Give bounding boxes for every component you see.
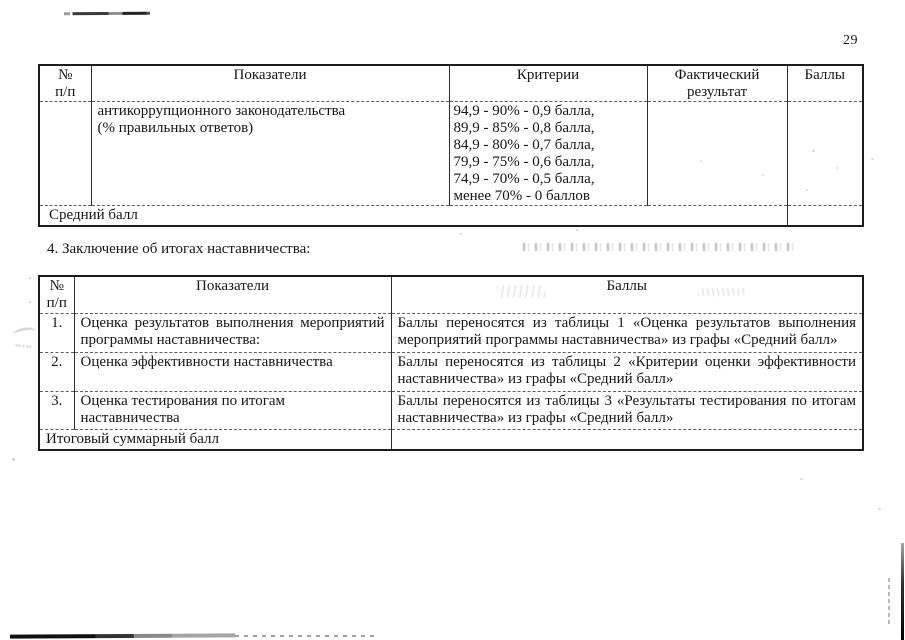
scan-speckle (871, 158, 874, 160)
table1-cell-score (787, 102, 863, 206)
scan-artifact-margin-mark (12, 326, 37, 341)
table2-footer-row: Итоговый суммарный балл (39, 429, 863, 450)
table1-footer-row: Средний балл (39, 206, 863, 226)
table1-header-score: Баллы (787, 65, 863, 102)
scan-artifact-top-line (64, 12, 150, 16)
total-score-value-cell (391, 429, 863, 450)
row1-score-note: Баллы переносятся из таблицы 1 «Оценка р… (391, 313, 863, 352)
scan-artifact-right-bar (901, 543, 904, 640)
scan-speckle (29, 277, 31, 279)
row3-score-note: Баллы переносятся из таблицы 3 «Результа… (391, 391, 863, 429)
average-score-value-cell (787, 206, 863, 226)
table2-header-num: № п/п (39, 276, 74, 313)
row2-num: 2. (39, 352, 74, 391)
section-heading: 4. Заключение об итогах наставничества: (47, 241, 310, 258)
table2-row-3: 3. Оценка тестирования по итогам наставн… (39, 391, 863, 429)
total-score-label: Итоговый суммарный балл (39, 429, 391, 450)
scan-speckle (800, 478, 803, 480)
table1-header-indicator: Показатели (91, 65, 449, 102)
scan-speckle (878, 508, 881, 510)
table1-body-row: антикоррупционного законодательства (% п… (39, 102, 863, 206)
table1-header-fact: Фактический результат (647, 65, 787, 102)
scan-artifact-right-dashes (888, 578, 890, 624)
row3-indicator: Оценка тестирования по итогам наставниче… (74, 391, 391, 429)
scan-artifact-bottom-dashes (235, 635, 375, 637)
scan-speckle (460, 233, 462, 235)
page-number: 29 (843, 33, 858, 49)
row2-score-note: Баллы переносятся из таблицы 2 «Критерии… (391, 352, 863, 391)
table2-header-row: № п/п Показатели Баллы (39, 276, 863, 313)
scan-artifact-ghost-text (523, 243, 795, 251)
table1-header-criteria: Критерии (449, 65, 647, 102)
table1-cell-criteria: 94,9 - 90% - 0,9 балла, 89,9 - 85% - 0,8… (449, 102, 647, 206)
table2-header-score: Баллы (391, 276, 863, 313)
table1-cell-indicator: антикоррупционного законодательства (% п… (91, 102, 449, 206)
table2-row-2: 2. Оценка эффективности наставничества Б… (39, 352, 863, 391)
average-score-label: Средний балл (39, 206, 787, 226)
table2-row-1: 1. Оценка результатов выполнения меропри… (39, 313, 863, 352)
row1-indicator: Оценка результатов выполнения мероприяти… (74, 313, 391, 352)
scan-artifact-bottom-line (10, 633, 235, 638)
table1-cell-fact-result (647, 102, 787, 206)
scan-artifact-margin-mark (15, 344, 32, 355)
table2-header-indicator: Показатели (74, 276, 391, 313)
scan-speckle (576, 229, 578, 231)
row1-num: 1. (39, 313, 74, 352)
row2-indicator: Оценка эффективности наставничества (74, 352, 391, 391)
table1-cell-num (39, 102, 91, 206)
testing-results-table: № п/п Показатели Критерии Фактический ре… (38, 64, 864, 227)
scan-speckle (12, 458, 15, 461)
row3-num: 3. (39, 391, 74, 429)
table1-header-row: № п/п Показатели Критерии Фактический ре… (39, 65, 863, 102)
scan-speckle (29, 301, 31, 303)
document-page: 29 № п/п Показатели Критерии Фактический… (0, 0, 905, 640)
conclusion-table: № п/п Показатели Баллы 1. Оценка результ… (38, 275, 864, 451)
table1-header-num: № п/п (39, 65, 91, 102)
